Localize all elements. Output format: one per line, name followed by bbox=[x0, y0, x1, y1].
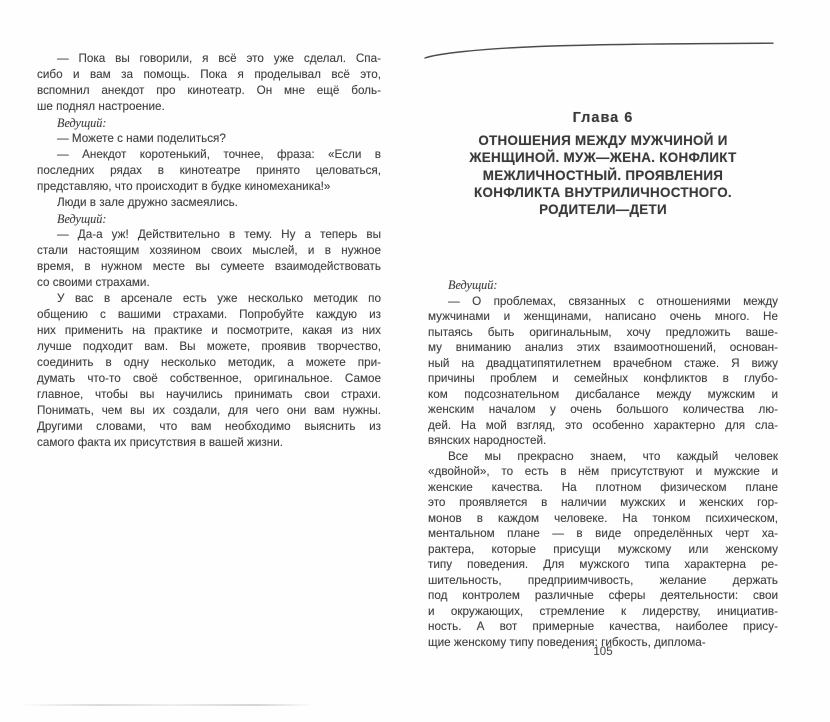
text-line: — Можете с нами поделиться? bbox=[37, 131, 381, 147]
header-rule-path bbox=[425, 43, 773, 58]
text-line: ментальном плане — в виде определённых ч… bbox=[428, 526, 778, 542]
text-line: «двойной», то есть в нём присутствуют и … bbox=[428, 464, 778, 480]
chapter-number: Глава 6 bbox=[428, 110, 778, 126]
text-line: РОДИТЕЛИ—ДЕТИ bbox=[420, 201, 786, 218]
text-line: под контролем различные сферы деятельнос… bbox=[428, 588, 778, 604]
text-line: причины проблем и семейных конфликтов в … bbox=[428, 371, 778, 387]
text-line: Понимать, чем вы их создали, для чего он… bbox=[37, 403, 381, 419]
text-line: со своими страхами. bbox=[37, 275, 381, 291]
text-line: — О проблемах, связанных с отношениями м… bbox=[428, 294, 778, 310]
text-line: Другими словами, что вам необходимо выяс… bbox=[37, 419, 381, 435]
text-line: ше поднял настроение. bbox=[37, 99, 381, 115]
text-line: — Да-а уж! Действительно в тему. Ну а те… bbox=[37, 227, 381, 243]
text-line: последних рядах в кинотеатре принято цел… bbox=[37, 163, 381, 179]
text-line: монов в каждом человеке. На тонком психи… bbox=[428, 511, 778, 527]
text-line: Ведущий: bbox=[37, 115, 381, 131]
text-line: ЖЕНЩИНОЙ. МУЖ—ЖЕНА. КОНФЛИКТ bbox=[420, 149, 786, 166]
text-line: ОТНОШЕНИЯ МЕЖДУ МУЖЧИНОЙ И bbox=[420, 132, 786, 149]
text-line: сибо и вам за помощь. Пока я проделывал … bbox=[37, 67, 381, 83]
text-line: МЕЖЛИЧНОСТНЫЙ. ПРОЯВЛЕНИЯ bbox=[420, 167, 786, 184]
text-line: женские качества. На плотном физическом … bbox=[428, 480, 778, 496]
text-line: мужчинами и женщинами, написано очень мн… bbox=[428, 309, 778, 325]
text-line: них применить на практике и посмотрите, … bbox=[37, 323, 381, 339]
text-line: му вниманию анализ этих взаимоотношений,… bbox=[428, 340, 778, 356]
text-line: представляю, что происходит в будке кино… bbox=[37, 179, 381, 195]
text-line: ность. А вот примерные качества, наиболе… bbox=[428, 619, 778, 635]
text-line: главное, чтобы вы научились принимать св… bbox=[37, 387, 381, 403]
text-line: типу поведения. Для мужского типа характ… bbox=[428, 557, 778, 573]
text-line: общению с вашими страхами. Попробуйте ка… bbox=[37, 307, 381, 323]
text-line: думать что-то своё собственное, оригинал… bbox=[37, 371, 381, 387]
text-line: ком подсознательном дисбалансе между муж… bbox=[428, 387, 778, 403]
text-line: Ведущий: bbox=[37, 211, 381, 227]
text-line: самого факта их присутствия в вашей жизн… bbox=[37, 435, 381, 451]
text-line: рактера, которые присущи мужскому или же… bbox=[428, 542, 778, 558]
text-line: шительность, предприимчивость, желание д… bbox=[428, 573, 778, 589]
left-page-text: — Пока вы говорили, я всё это уже сделал… bbox=[37, 51, 381, 451]
text-line: ный на двадцатипятилетнем врачебном стаж… bbox=[428, 356, 778, 372]
text-line: — Пока вы говорили, я всё это уже сделал… bbox=[37, 51, 381, 67]
right-page-text: Ведущий:— О проблемах, связанных с отнош… bbox=[428, 278, 778, 650]
page-number: 105 bbox=[428, 646, 778, 658]
text-line: дей. На мой взгляд, это особенно характе… bbox=[428, 418, 778, 434]
text-line: Все мы прекрасно знаем, что каждый челов… bbox=[428, 449, 778, 465]
text-line: Люди в зале дружно засмеялись. bbox=[37, 195, 381, 211]
text-line: вянских народностей. bbox=[428, 433, 778, 449]
text-line: время, в нужном месте вы сумеете взаимод… bbox=[37, 259, 381, 275]
text-line: вспомнил анекдот про кинотеатр. Он мне е… bbox=[37, 83, 381, 99]
text-line: и окружающих, стремление к лидерству, ин… bbox=[428, 604, 778, 620]
text-line: это проявляется в наличии мужских и женс… bbox=[428, 495, 778, 511]
text-line: Ведущий: bbox=[428, 278, 778, 294]
text-line: лучше подходит вам. Вы можете, проявив т… bbox=[37, 339, 381, 355]
chapter-title: ОТНОШЕНИЯ МЕЖДУ МУЖЧИНОЙ ИЖЕНЩИНОЙ. МУЖ—… bbox=[420, 132, 786, 218]
scan-artifact-line bbox=[18, 704, 314, 706]
text-line: — Анекдот коротенький, точнее, фраза: «Е… bbox=[37, 147, 381, 163]
book-spread: — Пока вы говорили, я всё это уже сделал… bbox=[0, 0, 830, 722]
text-line: стали настоящим хозяином своих мыслей, и… bbox=[37, 243, 381, 259]
text-line: У вас в арсенале есть уже несколько мето… bbox=[37, 291, 381, 307]
text-line: КОНФЛИКТА ВНУТРИЛИЧНОСТНОГО. bbox=[420, 184, 786, 201]
chapter-header-rule bbox=[418, 36, 784, 66]
text-line: женским началом у очень большого количес… bbox=[428, 402, 778, 418]
text-line: пытаясь быть оригинальным, хочу предложи… bbox=[428, 325, 778, 341]
text-line: соединить в одну несколько методик, а мо… bbox=[37, 355, 381, 371]
